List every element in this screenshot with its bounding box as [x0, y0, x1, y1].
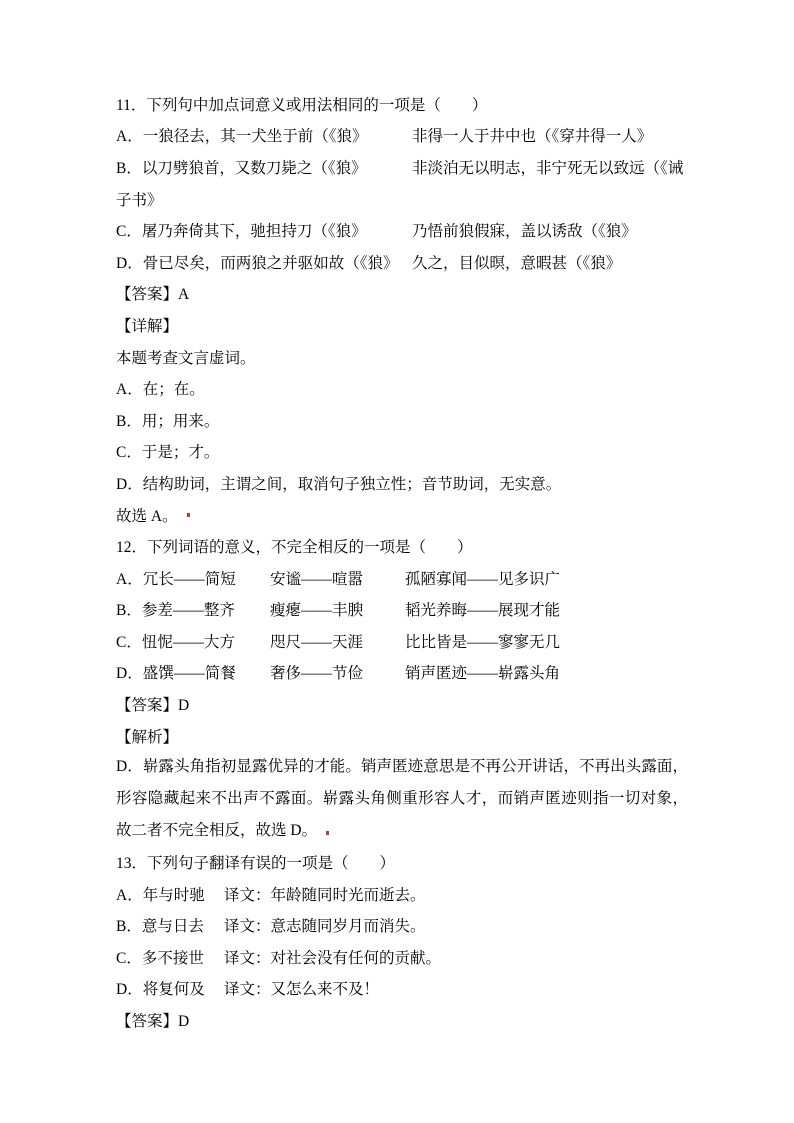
q12-analysis-heading-text: 【解析】: [116, 725, 178, 747]
q11-answer-text: 【答案】A: [116, 282, 189, 304]
q12-row-d-col3: 销声匿迹——崭露头角: [405, 661, 560, 683]
q12-row-d: D．盛馔——简餐 奢侈——节俭 销声匿迹——崭露头角: [116, 657, 688, 689]
q12-row-a-col3: 孤陋寡闻——见多识广: [405, 567, 560, 589]
q11-detail-line-text: A．在；在。: [116, 377, 205, 399]
q11-option-a-left: A．一狼径去，其一犬坐于前（《狼》: [116, 124, 412, 146]
q12-row-a-col1: A．冗长——简短: [116, 567, 270, 589]
q11-detail-line: 本题考查文言虚词。: [116, 341, 688, 373]
q12-row-b-col3: 韬光养晦——展现才能: [405, 598, 560, 620]
q13-option-a: A．年与时驰 译文：年龄随同时光而逝去。: [116, 878, 688, 910]
q12-row-c-col2: 咫尺——天涯: [270, 630, 405, 652]
q11-detail-line: D．结构助词，主谓之间，取消句子独立性；音节助词，无实意。: [116, 467, 688, 499]
q11-detail-line-text: D．结构助词，主谓之间，取消句子独立性；音节助词，无实意。: [116, 472, 561, 494]
q11-option-d: D．骨已尽矣，而两狼之并驱如故（《狼》 久之，目似暝，意暇甚（《狼》: [116, 246, 688, 278]
q11-option-b-right: 非淡泊无以明志，非宁死无以致远（《诫: [412, 156, 683, 178]
q13-answer-text: 【答案】D: [116, 1009, 189, 1031]
question-11-title-text: 11．下列句中加点词意义或用法相同的一项是（ ）: [116, 93, 487, 115]
document-page: 11．下列句中加点词意义或用法相同的一项是（ ） A．一狼径去，其一犬坐于前（《…: [0, 0, 794, 1123]
q12-row-a: A．冗长——简短 安谧——喧嚣 孤陋寡闻——见多识广: [116, 562, 688, 594]
q11-detail-heading-text: 【详解】: [116, 314, 178, 336]
q11-option-a-right: 非得一人于井中也（《穿井得一人》: [412, 124, 652, 146]
q11-detail-line: C．于是；才。: [116, 436, 688, 468]
q11-option-c-right: 乃悟前狼假寐，盖以诱敌（《狼》: [412, 219, 637, 241]
question-13-title-text: 13．下列句子翻译有误的一项是（ ）: [116, 851, 395, 873]
q12-row-d-col2: 奢侈——节俭: [270, 661, 405, 683]
q11-option-b-wrap: 子书》: [116, 183, 688, 215]
q12-row-c-col1: C．忸怩——大方: [116, 630, 270, 652]
q11-option-a: A．一狼径去，其一犬坐于前（《狼》 非得一人于井中也（《穿井得一人》: [116, 120, 688, 152]
q11-detail-line: A．在；在。: [116, 372, 688, 404]
q11-detail-line-text: B．用；用来。: [116, 409, 219, 431]
q13-option-a-translation: 译文：年龄随同时光而逝去。: [224, 883, 426, 905]
q12-row-b-col1: B．参差——整齐: [116, 598, 270, 620]
document-content: 11．下列句中加点词意义或用法相同的一项是（ ） A．一狼径去，其一犬坐于前（《…: [116, 88, 688, 1036]
q11-conclusion-text: 故选 A。: [116, 504, 178, 526]
question-13-title: 13．下列句子翻译有误的一项是（ ）: [116, 846, 688, 878]
q11-option-b: B．以刀劈狼首，又数刀毙之（《狼》 非淡泊无以明志，非宁死无以致远（《诫: [116, 151, 688, 183]
q13-option-d-phrase: D．将复何及: [116, 977, 224, 999]
q13-option-a-phrase: A．年与时驰: [116, 883, 224, 905]
q11-option-c-left: C．屠乃奔倚其下，驰担持刀（《狼》: [116, 219, 412, 241]
q12-row-a-col2: 安谧——喧嚣: [270, 567, 405, 589]
q11-option-c: C．屠乃奔倚其下，驰担持刀（《狼》 乃悟前狼假寐，盖以诱敌（《狼》: [116, 214, 688, 246]
q12-answer: 【答案】D: [116, 688, 688, 720]
q11-option-d-right: 久之，目似暝，意暇甚（《狼》: [412, 251, 621, 273]
stray-red-mark-icon: [187, 513, 190, 517]
q11-detail-line-text: 本题考查文言虚词。: [116, 346, 256, 368]
q12-answer-text: 【答案】D: [116, 693, 189, 715]
q11-detail-line-text: C．于是；才。: [116, 440, 219, 462]
q11-option-d-left: D．骨已尽矣，而两狼之并驱如故（《狼》: [116, 251, 412, 273]
q13-option-c-translation: 译文：对社会没有任何的贡献。: [224, 946, 441, 968]
q12-row-c: C．忸怩——大方 咫尺——天涯 比比皆是——寥寥无几: [116, 625, 688, 657]
q11-conclusion-line: 故选 A。: [116, 499, 688, 531]
q11-answer: 【答案】A: [116, 278, 688, 310]
q13-option-d-translation: 译文：又怎么来不及！: [224, 977, 379, 999]
q13-option-b: B．意与日去 译文：意志随同岁月而消失。: [116, 909, 688, 941]
q12-analysis-text: D．崭露头角指初显露优异的才能。销声匿迹意思是不再公开讲话，不再出头露面，形容隐…: [116, 758, 688, 838]
q13-option-b-phrase: B．意与日去: [116, 914, 224, 936]
question-11-title: 11．下列句中加点词意义或用法相同的一项是（ ）: [116, 88, 688, 120]
q13-option-c-phrase: C．多不接世: [116, 946, 224, 968]
q12-row-d-col1: D．盛馔——简餐: [116, 661, 270, 683]
q13-answer: 【答案】D: [116, 1004, 688, 1036]
q11-detail-heading: 【详解】: [116, 309, 688, 341]
q11-option-b-left: B．以刀劈狼首，又数刀毙之（《狼》: [116, 156, 412, 178]
q13-option-b-translation: 译文：意志随同岁月而消失。: [224, 914, 426, 936]
q12-analysis-heading: 【解析】: [116, 720, 688, 752]
q13-option-c: C．多不接世 译文：对社会没有任何的贡献。: [116, 941, 688, 973]
q12-row-b-col2: 瘦瘪——丰腴: [270, 598, 405, 620]
q13-option-d: D．将复何及 译文：又怎么来不及！: [116, 973, 688, 1005]
q11-detail-line: B．用；用来。: [116, 404, 688, 436]
question-12-title-text: 12．下列词语的意义，不完全相反的一项是（ ）: [116, 535, 473, 557]
q12-row-b: B．参差——整齐 瘦瘪——丰腴 韬光养晦——展现才能: [116, 594, 688, 626]
q11-option-b-wrap-text: 子书》: [116, 188, 163, 210]
q12-analysis-paragraph: D．崭露头角指初显露优异的才能。销声匿迹意思是不再公开讲话，不再出头露面，形容隐…: [116, 751, 688, 846]
q12-row-c-col3: 比比皆是——寥寥无几: [405, 630, 560, 652]
stray-red-mark-icon: [326, 831, 329, 835]
question-12-title: 12．下列词语的意义，不完全相反的一项是（ ）: [116, 530, 688, 562]
